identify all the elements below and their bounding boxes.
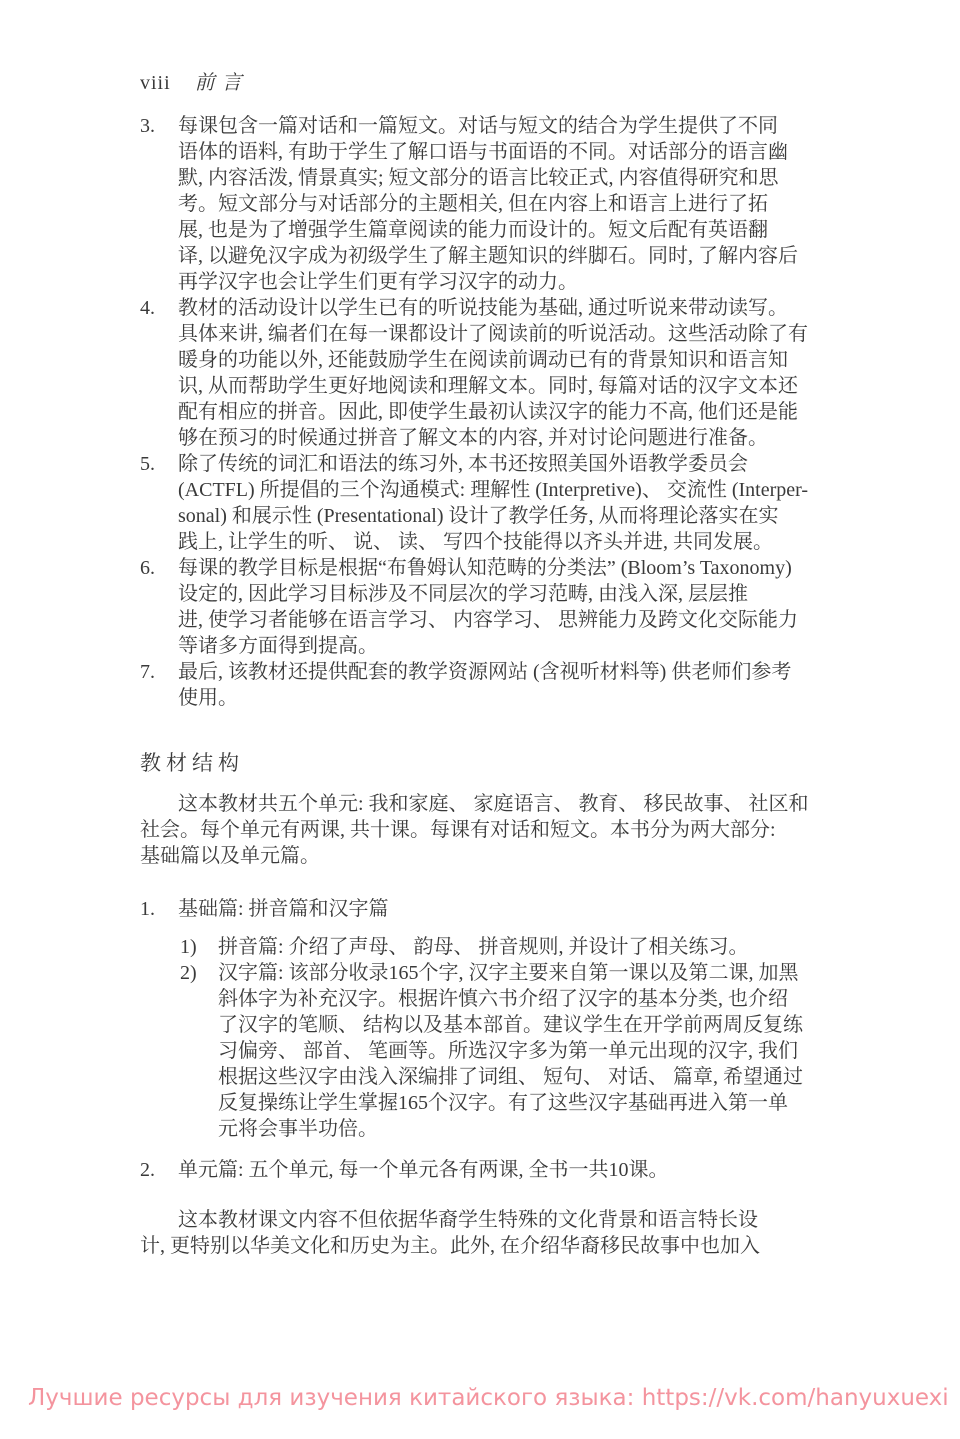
text-line: sonal) 和展示性 (Presentational) 设计了教学任务, 从而… [178, 503, 852, 529]
text-line: 暖身的功能以外, 还能鼓励学生在阅读前调动已有的背景知识和语言知 [178, 347, 852, 373]
text-line: 每课的教学目标是根据“布鲁姆认知范畴的分类法” (Bloom’s Taxonom… [178, 555, 852, 581]
text-line: 践上, 让学生的听、 说、 读、 写四个技能得以齐头并进, 共同发展。 [178, 529, 852, 555]
text-line: 习偏旁、 部首、 笔画等。所选汉字多为第一单元出现的汉字, 我们 [218, 1038, 852, 1064]
item-number: 6. [140, 555, 178, 659]
item-number: 3. [140, 113, 178, 295]
text-line: 识, 从而帮助学生更好地阅读和理解文本。同时, 每篇对话的汉字文本还 [178, 373, 852, 399]
sub-item-text: 拼音篇: 介绍了声母、 韵母、 拼音规则, 并设计了相关练习。 [218, 934, 852, 960]
text-line: 最后, 该教材还提供配套的教学资源网站 (含视听材料等) 供老师们参考 [178, 659, 852, 685]
text-line: 够在预习的时候通过拼音了解文本的内容, 并对讨论问题进行准备。 [178, 425, 852, 451]
item-text: 基础篇: 拼音篇和汉字篇 [178, 896, 852, 922]
list-item: 7.最后, 该教材还提供配套的教学资源网站 (含视听材料等) 供老师们参考使用。 [140, 659, 852, 711]
text-line: 斜体字为补充汉字。根据许慎六书介绍了汉字的基本分类, 也介绍 [218, 986, 852, 1012]
structure-numbered-list: 1.基础篇: 拼音篇和汉字篇1)拼音篇: 介绍了声母、 韵母、 拼音规则, 并设… [140, 896, 852, 1183]
text-line: 考。短文部分与对话部分的主题相关, 但在内容上和语言上进行了拓 [178, 191, 852, 217]
text-line: 每课包含一篇对话和一篇短文。对话与短文的结合为学生提供了不同 [178, 113, 852, 139]
sub-list-item: 1)拼音篇: 介绍了声母、 韵母、 拼音规则, 并设计了相关练习。 [180, 934, 852, 960]
list-item: 5.除了传统的词汇和语法的练习外, 本书还按照美国外语教学委员会(ACTFL) … [140, 451, 852, 555]
text-line: 默, 内容活泼, 情景真实; 短文部分的语言比较正式, 内容值得研究和思 [178, 165, 852, 191]
sub-item-text: 汉字篇: 该部分收录165个字, 汉字主要来自第一课以及第二课, 加黑斜体字为补… [218, 960, 852, 1142]
list-item: 3.每课包含一篇对话和一篇短文。对话与短文的结合为学生提供了不同语体的语料, 有… [140, 113, 852, 295]
item-number: 1. [140, 896, 178, 922]
text-line: 这本教材课文内容不但依据华裔学生特殊的文化背景和语言特长设 [140, 1207, 852, 1233]
text-line: 译, 以避免汉字成为初级学生了解主题知识的绊脚石。同时, 了解内容后 [178, 243, 852, 269]
text-line: 了汉字的笔顺、 结构以及基本部首。建议学生在开学前两周反复练 [218, 1012, 852, 1038]
page-number: viii [140, 72, 171, 94]
text-line: 设定的, 因此学习目标涉及不同层次的学习范畴, 由浅入深, 层层推 [178, 581, 852, 607]
text-line: 等诸多方面得到提高。 [178, 633, 852, 659]
structure-intro-paragraph: 这本教材共五个单元: 我和家庭、 家庭语言、 教育、 移民故事、 社区和社会。每… [140, 791, 852, 869]
item-number: 5. [140, 451, 178, 555]
text-line: 汉字篇: 该部分收录165个字, 汉字主要来自第一课以及第二课, 加黑 [218, 960, 852, 986]
text-line: 配有相应的拼音。因此, 即使学生最初认读汉字的能力不高, 他们还是能 [178, 399, 852, 425]
text-line: 拼音篇: 介绍了声母、 韵母、 拼音规则, 并设计了相关练习。 [218, 934, 852, 960]
text-line: 基础篇: 拼音篇和汉字篇 [178, 896, 852, 922]
text-line: 计, 更特别以华美文化和历史为主。此外, 在介绍华裔移民故事中也加入 [140, 1233, 852, 1259]
text-line: 进, 使学习者能够在语言学习、 内容学习、 思辨能力及跨文化交际能力 [178, 607, 852, 633]
text-line: 展, 也是为了增强学生篇章阅读的能力而设计的。短文后配有英语翻 [178, 217, 852, 243]
item-number: 7. [140, 659, 178, 711]
text-line: 元将会事半功倍。 [218, 1116, 852, 1142]
watermark-text: Лучшие ресурсы для изучения китайского я… [28, 1384, 949, 1412]
scanned-book-page: viii前言 3.每课包含一篇对话和一篇短文。对话与短文的结合为学生提供了不同语… [0, 0, 960, 1439]
text-line: 基础篇以及单元篇。 [140, 843, 852, 869]
text-line: 反复操练让学生掌握165个汉字。有了这些汉字基础再进入第一单 [218, 1090, 852, 1116]
section-heading: 教材结构 [140, 749, 852, 777]
text-line: 单元篇: 五个单元, 每一个单元各有两课, 全书一共10课。 [178, 1157, 852, 1183]
item-number: 2. [140, 1157, 178, 1183]
sub-list-item: 2)汉字篇: 该部分收录165个字, 汉字主要来自第一课以及第二课, 加黑斜体字… [180, 960, 852, 1142]
list-item: 1.基础篇: 拼音篇和汉字篇 [140, 896, 852, 922]
text-line: 根据这些汉字由浅入深编排了词组、 短句、 对话、 篇章, 希望通过 [218, 1064, 852, 1090]
item-text: 最后, 该教材还提供配套的教学资源网站 (含视听材料等) 供老师们参考使用。 [178, 659, 852, 711]
item-text: 每课包含一篇对话和一篇短文。对话与短文的结合为学生提供了不同语体的语料, 有助于… [178, 113, 852, 295]
page-header: viii前言 [140, 70, 852, 96]
item-text: 每课的教学目标是根据“布鲁姆认知范畴的分类法” (Bloom’s Taxonom… [178, 555, 852, 659]
list-item: 4.教材的活动设计以学生已有的听说技能为基础, 通过听说来带动读写。具体来讲, … [140, 295, 852, 451]
item-text: 单元篇: 五个单元, 每一个单元各有两课, 全书一共10课。 [178, 1157, 852, 1183]
page-title: 前言 [195, 72, 249, 94]
closing-paragraph: 这本教材课文内容不但依据华裔学生特殊的文化背景和语言特长设计, 更特别以华美文化… [140, 1207, 852, 1259]
list-item: 6.每课的教学目标是根据“布鲁姆认知范畴的分类法” (Bloom’s Taxon… [140, 555, 852, 659]
item-number: 4. [140, 295, 178, 451]
list-item: 2.单元篇: 五个单元, 每一个单元各有两课, 全书一共10课。 [140, 1157, 852, 1183]
text-line: 具体来讲, 编者们在每一课都设计了阅读前的听说活动。这些活动除了有 [178, 321, 852, 347]
sub-list: 1)拼音篇: 介绍了声母、 韵母、 拼音规则, 并设计了相关练习。2)汉字篇: … [140, 934, 852, 1142]
text-line: 教材的活动设计以学生已有的听说技能为基础, 通过听说来带动读写。 [178, 295, 852, 321]
text-line: 社会。每个单元有两课, 共十课。每课有对话和短文。本书分为两大部分: [140, 817, 852, 843]
item-text: 除了传统的词汇和语法的练习外, 本书还按照美国外语教学委员会(ACTFL) 所提… [178, 451, 852, 555]
text-line: 这本教材共五个单元: 我和家庭、 家庭语言、 教育、 移民故事、 社区和 [140, 791, 852, 817]
text-line: 除了传统的词汇和语法的练习外, 本书还按照美国外语教学委员会 [178, 451, 852, 477]
text-line: 语体的语料, 有助于学生了解口语与书面语的不同。对话部分的语言幽 [178, 139, 852, 165]
sub-item-number: 2) [180, 960, 218, 1142]
sub-item-number: 1) [180, 934, 218, 960]
preface-numbered-list: 3.每课包含一篇对话和一篇短文。对话与短文的结合为学生提供了不同语体的语料, 有… [140, 113, 852, 711]
item-text: 教材的活动设计以学生已有的听说技能为基础, 通过听说来带动读写。具体来讲, 编者… [178, 295, 852, 451]
text-line: 再学汉字也会让学生们更有学习汉字的动力。 [178, 269, 852, 295]
page-content: viii前言 3.每课包含一篇对话和一篇短文。对话与短文的结合为学生提供了不同语… [140, 70, 852, 1259]
text-line: 使用。 [178, 685, 852, 711]
text-line: (ACTFL) 所提倡的三个沟通模式: 理解性 (Interpretive)、 … [178, 477, 852, 503]
